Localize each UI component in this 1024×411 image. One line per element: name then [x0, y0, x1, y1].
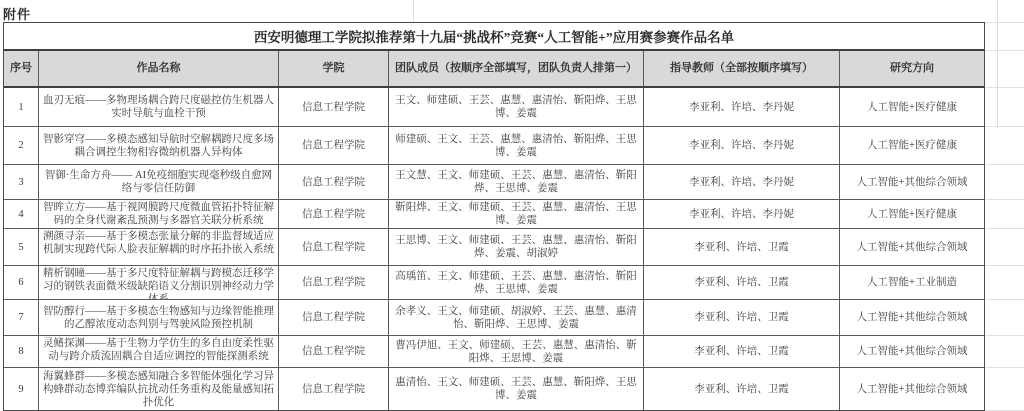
table-row: 5 溯颜寻亲——基于多模态张量分解的非监督域适应机制实现跨代际人脸表征解耦的时序… — [4, 229, 984, 266]
cell-work-name: 智影穿穹——多模态感知导航时空解耦跨尺度多场耦合调控生物相容微纳机器人异构体 — [39, 127, 279, 164]
faint-gridline-vertical — [413, 0, 414, 22]
cell-direction: 人工智能+其他综合领域 — [840, 165, 984, 199]
header-members: 团队成员（按顺序全部填写，团队负责人排第一） — [389, 51, 644, 86]
cell-direction: 人工智能+其他综合领域 — [840, 300, 984, 335]
table-row: 9 海翼蜂群——多模态感知融合多智能体强化学习异构蜂群动态博弈编队抗扰动任务重构… — [4, 368, 984, 410]
cell-serial: 6 — [4, 266, 39, 299]
cell-college: 信息工程学院 — [279, 88, 389, 126]
cell-advisors: 李亚利、许培、卫霞 — [644, 336, 840, 367]
header-college: 学院 — [279, 51, 389, 86]
cell-college: 信息工程学院 — [279, 165, 389, 199]
faint-gridline-horizontal — [985, 22, 1024, 23]
cell-college: 信息工程学院 — [279, 266, 389, 299]
cell-advisors: 李亚利、许培、卫霞 — [644, 300, 840, 335]
cell-members: 余孝义、王文、师建硕、胡淑婷、王芸、惠慧、惠清怡、靳阳烨、王思博、姜震 — [389, 300, 644, 335]
table-row: 7 智防醇行——基于多模态生物感知与边缘智能推理的乙醇浓度动态判别与驾驶风险预控… — [4, 300, 984, 336]
faint-gridline-horizontal — [985, 367, 1024, 368]
cell-college: 信息工程学院 — [279, 368, 389, 410]
faint-gridline-horizontal — [985, 299, 1024, 300]
cell-work-name: 精析钢瞳——基于多尺度特征解耦与跨模态迁移学习的钢铁表面微米级缺陷语义分割识别神… — [39, 266, 279, 299]
faint-gridline-horizontal — [985, 228, 1024, 229]
cell-members: 高瑀笛、王文、师建硕、王芸、惠慧、惠清怡、靳阳烨、王思博、姜震 — [389, 266, 644, 299]
cell-members: 王文、师建硕、王芸、惠慧、惠清怡、靳阳烨、王思博、姜震 — [389, 88, 644, 126]
table-row: 3 智御·生命方舟—— AI免疫细胞实现毫秒级自愈网络与零信任防御 信息工程学院… — [4, 165, 984, 200]
cell-members: 王思博、王文、师建硕、王芸、惠慧、惠清怡、靳阳烨、姜震、胡淑婷 — [389, 229, 644, 265]
cell-work-name: 血刃无痕——多物理场耦合跨尺度磁控仿生机器人实时导航与血栓干预 — [39, 88, 279, 126]
cell-serial: 3 — [4, 165, 39, 199]
header-direction: 研究方向 — [840, 51, 984, 86]
cell-college: 信息工程学院 — [279, 200, 389, 228]
cell-advisors: 李亚利、许培、李丹妮 — [644, 200, 840, 228]
cell-college: 信息工程学院 — [279, 336, 389, 367]
cell-direction: 人工智能+医疗健康 — [840, 127, 984, 164]
cell-advisors: 李亚利、许培、卫霞 — [644, 368, 840, 410]
cell-members: 王文慧、王文、师建硕、王芸、惠慧、惠清怡、靳阳烨、王思博、姜震 — [389, 165, 644, 199]
cell-advisors: 李亚利、许培、李丹妮 — [644, 127, 840, 164]
table-header-row: 序号 作品名称 学院 团队成员（按顺序全部填写，团队负责人排第一） 指导教师（全… — [4, 51, 984, 88]
cell-college: 信息工程学院 — [279, 229, 389, 265]
cell-members: 靳阳烨、王文、师建硕、王芸、惠慧、惠清怡、王思博、姜震 — [389, 200, 644, 228]
cell-serial: 5 — [4, 229, 39, 265]
cell-work-name: 海翼蜂群——多模态感知融合多智能体强化学习异构蜂群动态博弈编队抗扰动任务重构及能… — [39, 368, 279, 410]
cell-serial: 8 — [4, 336, 39, 367]
faint-gridline-horizontal — [985, 126, 1024, 127]
header-serial: 序号 — [4, 51, 39, 86]
cell-college: 信息工程学院 — [279, 300, 389, 335]
cell-work-name: 智防醇行——基于多模态生物感知与边缘智能推理的乙醇浓度动态判别与驾驶风险预控机制 — [39, 300, 279, 335]
table-row: 8 灵鳍探渊——基于生物力学仿生的多自由度柔性驱动与跨介质流固耦合自适应调控的智… — [4, 336, 984, 368]
cell-direction: 人工智能+工业制造 — [840, 266, 984, 299]
cell-direction: 人工智能+医疗健康 — [840, 88, 984, 126]
cell-advisors: 李亚利、许培、李丹妮 — [644, 165, 840, 199]
table-title-row: 西安明德理工学院拟推荐第十九届“挑战杯”竞赛“人工智能+”应用赛参赛作品名单 — [4, 23, 984, 51]
cell-direction: 人工智能+其他综合领域 — [840, 336, 984, 367]
table-title: 西安明德理工学院拟推荐第十九届“挑战杯”竞赛“人工智能+”应用赛参赛作品名单 — [4, 26, 984, 46]
cell-serial: 1 — [4, 88, 39, 126]
header-work-name: 作品名称 — [39, 51, 279, 86]
cell-work-name: 灵鳍探渊——基于生物力学仿生的多自由度柔性驱动与跨介质流固耦合自适应调控的智能探… — [39, 336, 279, 367]
cell-work-name: 溯颜寻亲——基于多模态张量分解的非监督域适应机制实现跨代际人脸表征解耦的时序拓扑… — [39, 229, 279, 265]
cell-serial: 2 — [4, 127, 39, 164]
faint-gridline-horizontal — [985, 50, 1024, 51]
cell-direction: 人工智能+其他综合领域 — [840, 229, 984, 265]
attachment-label: 附件 — [3, 4, 31, 23]
table-row: 4 智眸立方——基于视网膜跨尺度微血管拓扑特征解码的全身代谢紊乱预测与多器官关联… — [4, 200, 984, 229]
faint-gridline-vertical — [997, 0, 998, 128]
faint-gridline-horizontal — [985, 265, 1024, 266]
faint-gridline-horizontal — [985, 199, 1024, 200]
cell-work-name: 智眸立方——基于视网膜跨尺度微血管拓扑特征解码的全身代谢紊乱预测与多器官关联分析… — [39, 200, 279, 228]
cell-advisors: 李亚利、许培、卫霞 — [644, 266, 840, 299]
cell-work-name: 智御·生命方舟—— AI免疫细胞实现毫秒级自愈网络与零信任防御 — [39, 165, 279, 199]
cell-serial: 7 — [4, 300, 39, 335]
faint-gridline-horizontal — [985, 87, 1024, 88]
table-row: 2 智影穿穹——多模态感知导航时空解耦跨尺度多场耦合调控生物相容微纳机器人异构体… — [4, 127, 984, 165]
cell-advisors: 李亚利、许培、李丹妮 — [644, 88, 840, 126]
cell-serial: 4 — [4, 200, 39, 228]
cell-advisors: 李亚利、许培、卫霞 — [644, 229, 840, 265]
cell-members: 惠清怡、王文、师建硕、王芸、惠慧、靳阳烨、王思博、姜震 — [389, 368, 644, 410]
faint-gridline-horizontal — [985, 335, 1024, 336]
faint-gridline-horizontal — [985, 164, 1024, 165]
cell-members: 曹冯伊旭、王文、师建硕、王芸、惠慧、惠清怡、靳阳烨、王思博、姜震 — [389, 336, 644, 367]
cell-members: 师建硕、王文、王芸、惠慧、惠清怡、靳阳烨、王思博、姜震 — [389, 127, 644, 164]
works-table: 西安明德理工学院拟推荐第十九届“挑战杯”竞赛“人工智能+”应用赛参赛作品名单 序… — [3, 22, 985, 411]
header-advisors: 指导教师（全部按顺序填写） — [644, 51, 840, 86]
cell-college: 信息工程学院 — [279, 127, 389, 164]
cell-serial: 9 — [4, 368, 39, 410]
cell-direction: 人工智能+医疗健康 — [840, 200, 984, 228]
cell-direction: 人工智能+其他综合领域 — [840, 368, 984, 410]
table-row: 6 精析钢瞳——基于多尺度特征解耦与跨模态迁移学习的钢铁表面微米级缺陷语义分割识… — [4, 266, 984, 300]
table-row: 1 血刃无痕——多物理场耦合跨尺度磁控仿生机器人实时导航与血栓干预 信息工程学院… — [4, 88, 984, 127]
